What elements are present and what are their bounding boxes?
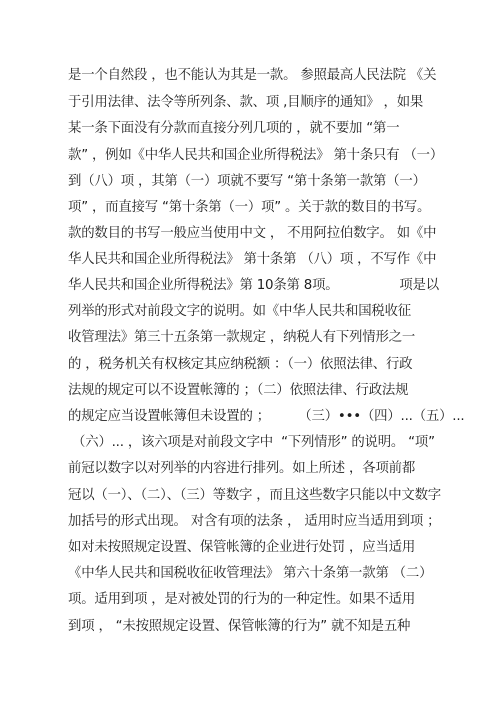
text-line: 款” ，例如《中华人民共和国企业所得税法》 第十条只有 （一） xyxy=(68,146,443,166)
document-page: 是一个自然段 ，也不能认为其是一款。 参照最高人民法院 《关 于引用法律、法令等… xyxy=(0,0,500,708)
text-line: 前冠以数字以对列举的内容进行排列。如上所述 ，各项前都 xyxy=(68,459,415,479)
text-line: 项。适用到项 ，是对被处罚的行为的一种定性。如果不适用 xyxy=(68,590,415,610)
text-line: 如对未按照规定设置、保管帐簿的企业进行处罚 ，应当适用 xyxy=(68,538,415,558)
text-line: 的规定应当设置帐簿但未设置的 ； （三）•••（四）...（五）... xyxy=(68,407,464,427)
text-line: （六）... ，该六项是对前段文字中 “下列情形” 的说明。 “项” xyxy=(68,433,435,453)
text-line: 到（八）项 ，其第（一）项就不要写 “第十条第一款第（一） xyxy=(68,172,426,192)
text-line: 项” ，而直接写 “第十条第（一）项” 。关于款的数目的书写。 xyxy=(68,198,430,218)
text-line: 《中华人民共和国税收征收管理法》 第六十条第一款第 （二） xyxy=(68,564,432,584)
text-line: 是一个自然段 ，也不能认为其是一款。 参照最高人民法院 《关 xyxy=(68,66,436,86)
text-line: 法规的规定可以不设置帐簿的 ；（二）依照法律、行政法规 xyxy=(68,381,408,401)
text-line: 到项 ， “未按照规定设置、保管帐簿的行为” 就不知是五种 xyxy=(68,617,410,637)
text-line: 的 ，税务机关有权核定其应纳税额 ：（一）依照法律、行政 xyxy=(68,355,412,375)
text-line: 华人民共和国企业所得税法》第 10条第 8项。 项是以 xyxy=(68,276,439,296)
text-line: 款的数目的书写一般应当使用中文 ， 不用阿拉伯数字。 如《中 xyxy=(68,224,436,244)
text-line: 华人民共和国企业所得税法》 第十条第 （八）项 ，不写作《中 xyxy=(68,250,436,270)
text-line: 某一条下面没有分款而直接分列几项的 ，就不要加 “第一 xyxy=(68,119,399,139)
text-line: 列举的形式对前段文字的说明。如《中华人民共和国税收征 xyxy=(68,302,411,322)
text-line: 于引用法律、法令等所列条、款、项 ,目顺序的通知》 ，如果 xyxy=(68,93,423,113)
text-line: 冠以（一）、（二）、（三）等数字 ，而且这些数字只能以中文数字 xyxy=(68,486,441,506)
text-line: 收管理法》第三十五条第一款规定 ，纳税人有下列情形之一 xyxy=(68,328,415,348)
text-line: 加括号的形式出现。 对含有项的法条 ， 适用时应当适用到项 ； xyxy=(68,512,440,532)
